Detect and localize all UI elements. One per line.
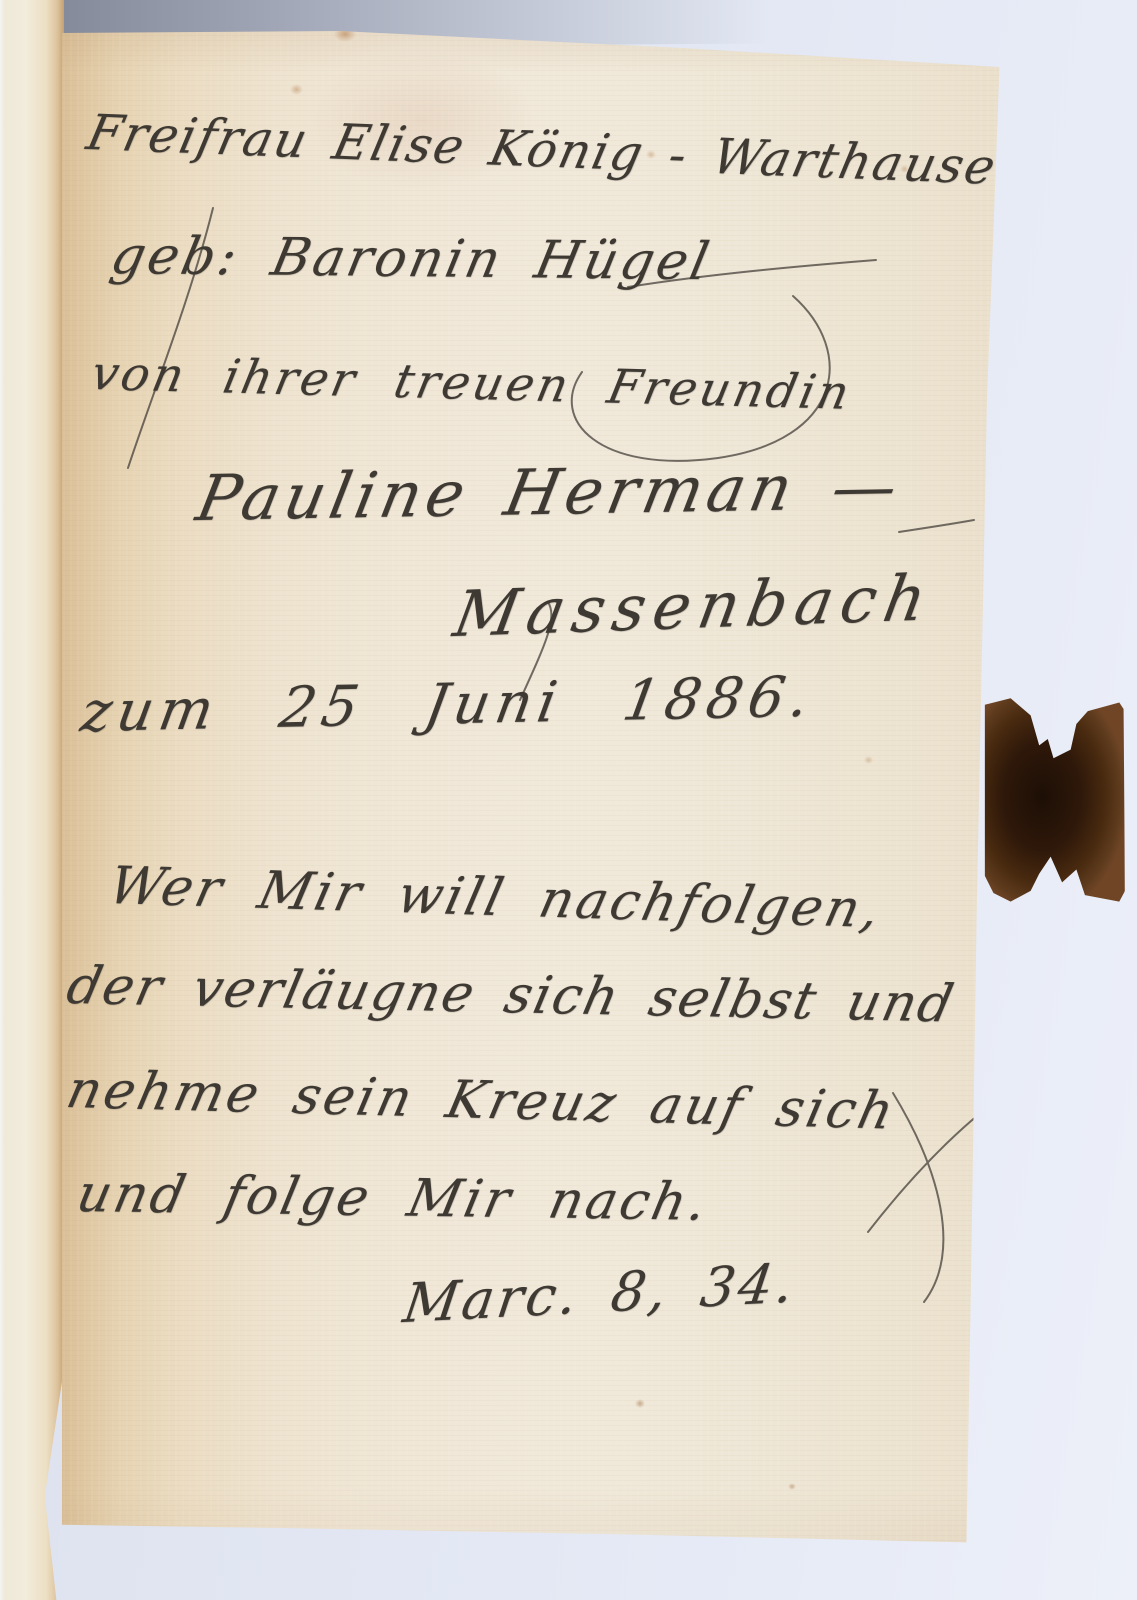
book-clasp	[982, 694, 1125, 908]
inscription-line-giver-name: Pauline Herman —	[191, 450, 908, 536]
quote-line-4: und folge Mir nach.	[72, 1164, 715, 1233]
facing-page-edge	[0, 0, 64, 1600]
book-page: Freifrau Elise König - Warthausen geb: B…	[0, 0, 1137, 1600]
photo: Freifrau Elise König - Warthausen geb: B…	[0, 0, 1137, 1600]
inscription-line-maiden-name: geb: Baronin Hügel	[106, 226, 717, 292]
